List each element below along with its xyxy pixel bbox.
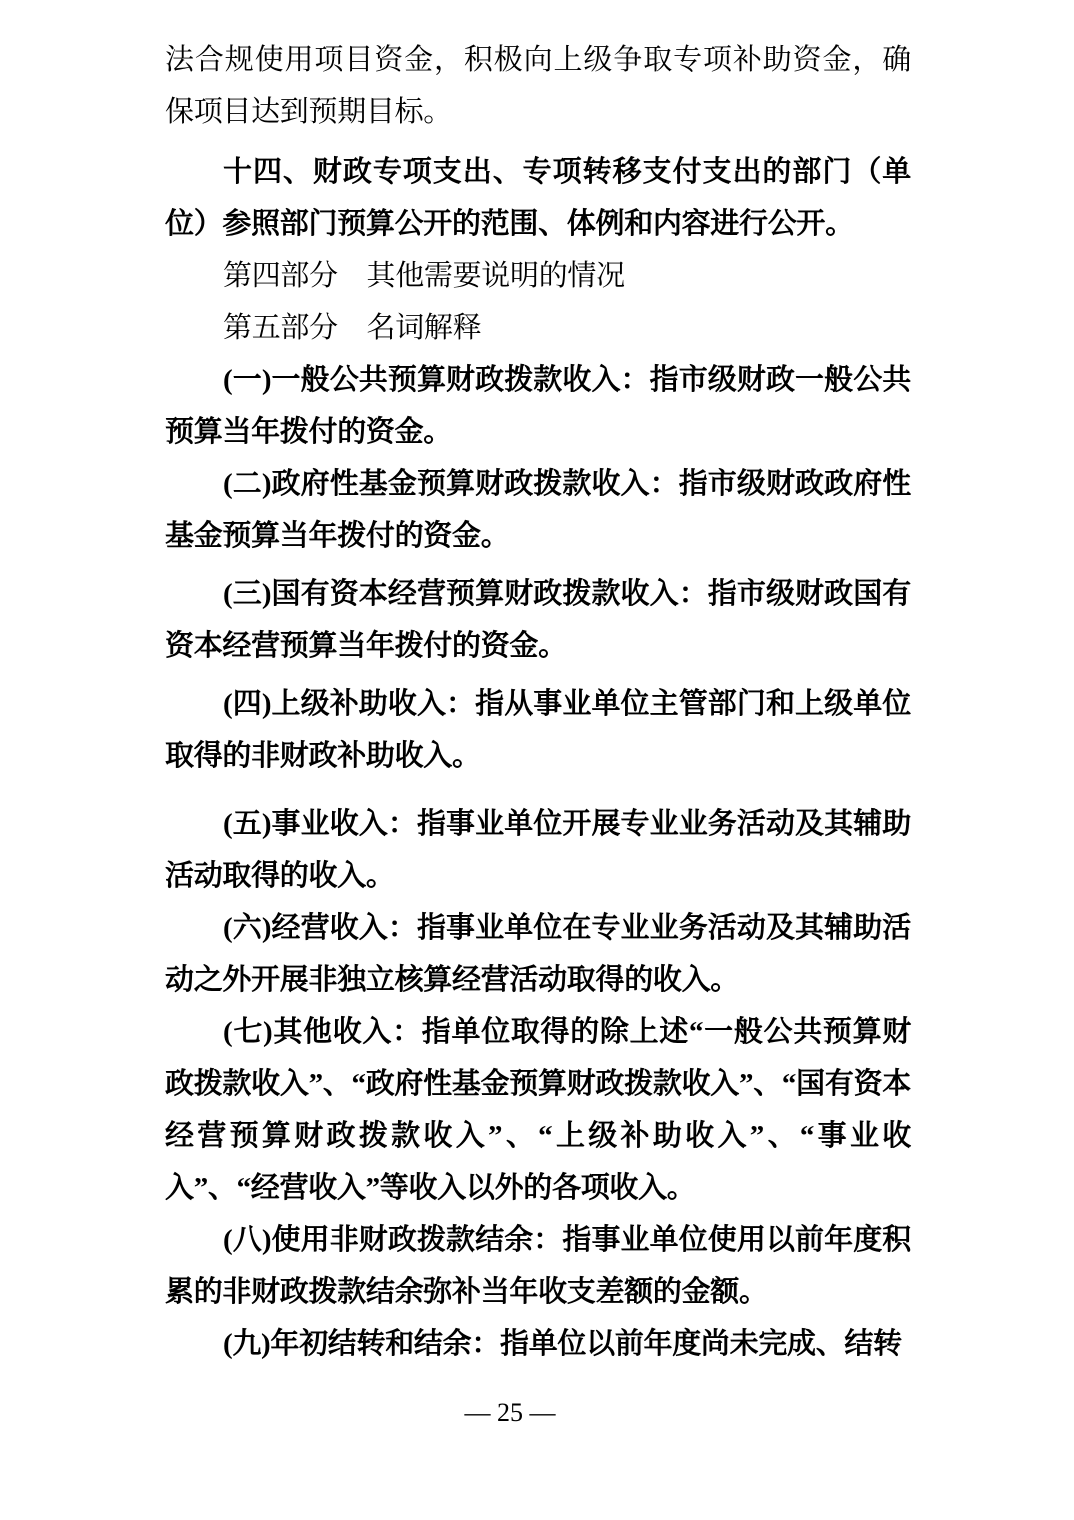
term-definition-2: (二)政府性基金预算财政拨款收入：指市级财政政府性基金预算当年拨付的资金。 [165, 458, 911, 562]
term-definition-7: (七)其他收入：指单位取得的除上述“一般公共预算财政拨款收入”、“政府性基金预算… [165, 1006, 911, 1214]
section-heading-part4: 第四部分 其他需要说明的情况 [165, 250, 911, 302]
term-definition-8: (八)使用非财政拨款结余：指事业单位使用以前年度积累的非财政拨款结余弥补当年收支… [165, 1214, 911, 1318]
paragraph-item-fourteen: 十四、财政专项支出、专项转移支付支出的部门（单位）参照部门预算公开的范围、体例和… [165, 146, 911, 250]
term-definition-6: (六)经营收入：指事业单位在专业业务活动及其辅助活动之外开展非独立核算经营活动取… [165, 902, 911, 1006]
term-definition-5: (五)事业收入：指事业单位开展专业业务活动及其辅助活动取得的收入。 [165, 798, 911, 902]
term-definition-4: (四)上级补助收入：指从事业单位主管部门和上级单位取得的非财政补助收入。 [165, 678, 911, 782]
term-definition-3: (三)国有资本经营预算财政拨款收入：指市级财政国有资本经营预算当年拨付的资金。 [165, 568, 911, 672]
term-definition-1: (一)一般公共预算财政拨款收入：指市级财政一般公共预算当年拨付的资金。 [165, 354, 911, 458]
page-number: — 25 — [0, 1398, 1020, 1428]
document-body: 法合规使用项目资金，积极向上级争取专项补助资金，确保项目达到预期目标。 十四、财… [165, 34, 911, 1370]
term-definition-9: (九)年初结转和结余：指单位以前年度尚未完成、结转 [165, 1318, 911, 1370]
section-heading-part5: 第五部分 名词解释 [165, 302, 911, 354]
document-page: 法合规使用项目资金，积极向上级争取专项补助资金，确保项目达到预期目标。 十四、财… [0, 0, 1074, 1520]
continuation-paragraph: 法合规使用项目资金，积极向上级争取专项补助资金，确保项目达到预期目标。 [165, 34, 911, 138]
